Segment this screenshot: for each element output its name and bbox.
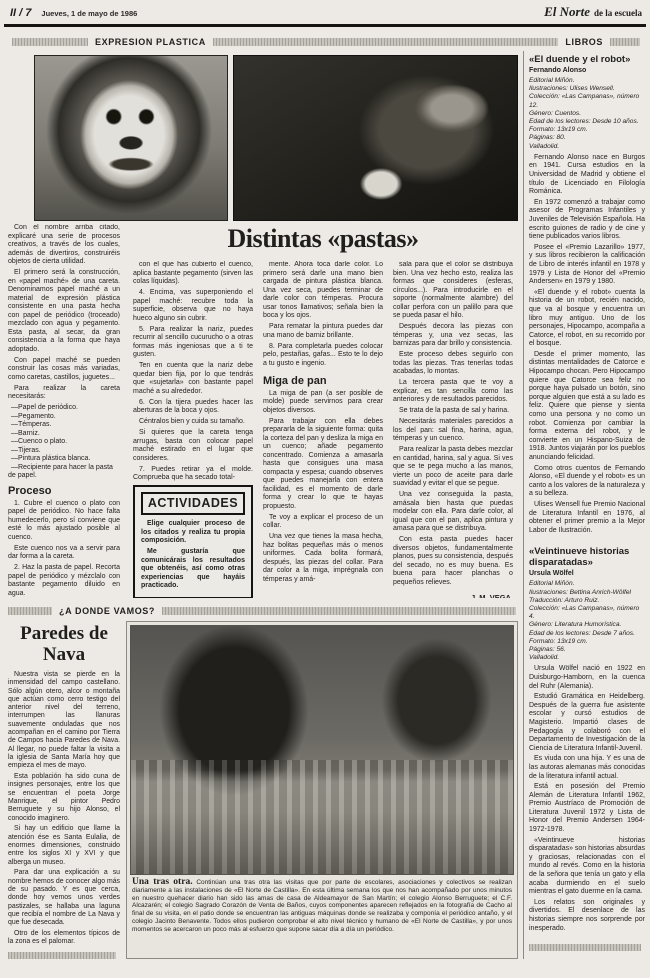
paragraph: Con papel maché se pueden construir las … (8, 357, 120, 383)
detail-line: Traducción: Arturo Ruiz. (529, 597, 645, 605)
material-item: —Pintura plástica blanca. (8, 455, 120, 464)
paragraph: La miga de pan (a ser posible de molde) … (263, 390, 383, 416)
detail-line: Género: Cuentos. (529, 110, 645, 118)
paragraph: Si hay un edificio que llame la atención… (8, 825, 120, 866)
paragraph: Posee el «Premio Lazarillo» 1977, y sus … (529, 244, 645, 287)
article-body-area: Distintas «pastas» con el que has cubier… (128, 224, 518, 598)
halftone-end-bar (529, 944, 641, 951)
paragraph: Para dar una explicación a su nombre hem… (8, 869, 120, 927)
detail-line: Editorial Miñón. (529, 77, 645, 85)
paragraph: 4. Encima, vas superponiendo el papel ma… (133, 289, 253, 323)
article-paredes-de-nava: Paredes de Nava Nuestra vista se pierde … (8, 621, 120, 959)
book-review-veintinueve-historias: «Veintinueve historias disparatadas» Urs… (529, 546, 645, 933)
paragraph: «El duende y el robot» cuenta la histori… (529, 289, 645, 349)
paragraph: Una vez conseguida la pasta, amásala bie… (393, 491, 513, 534)
main-area: Con el nombre arriba citado, explicaré u… (8, 51, 518, 959)
paragraph: Estudió Gramática en Heidelberg. Después… (529, 693, 645, 753)
material-item: —Recipiente para hacer la pasta de papel… (8, 464, 120, 481)
paragraph: En 1972 comenzó a trabajar como asesor d… (529, 199, 645, 242)
article-three-columns: con el que has cubierto el cuenco, aplic… (128, 261, 518, 598)
paragraph: Te voy a explicar el proceso de un colla… (263, 514, 383, 531)
group-photo-box: Una tras otra. Continúan una tras otra l… (126, 621, 518, 959)
paragraph: Ten en cuenta que la nariz debe quedar b… (133, 362, 253, 396)
libros-column: «El duende y el robot» Fernando Alonso E… (523, 51, 645, 959)
section-label-a-donde-vamos: ¿A DONDE VAMOS? (59, 606, 155, 616)
activities-box: ACTIVIDADES Elige cualquier proceso de l… (133, 485, 253, 598)
paragraph: Este cuenco nos va a servir para dar for… (8, 545, 120, 562)
material-item: —Papel de periódico. (8, 404, 120, 413)
paragraph: 6. Con la tijera puedes hacer las abertu… (133, 399, 253, 416)
halftone-end-bar (8, 952, 116, 959)
photo-caption: Una tras otra. Continúan una tras otra l… (130, 875, 514, 935)
paredes-headline: Paredes de Nava (8, 623, 120, 665)
book-review-el-duende: «El duende y el robot» Fernando Alonso E… (529, 54, 645, 535)
activities-title: ACTIVIDADES (141, 492, 245, 515)
material-item: —Témperas. (8, 421, 120, 430)
paragraph: con el que has cubierto el cuenco, aplic… (133, 261, 253, 287)
page-content: Con el nombre arriba citado, explicaré u… (0, 51, 650, 959)
review-title: «Veintinueve historias disparatadas» (529, 546, 645, 568)
section-bar-row: EXPRESION PLASTICA LIBROS (12, 36, 640, 48)
review-title: «El duende y el robot» (529, 54, 645, 65)
article-column-3: mente. Ahora toca darle color. Lo primer… (258, 261, 388, 598)
caption-text: Continúan una tras otra las visitas que … (132, 879, 512, 933)
detail-line: Formato: 13x19 cm. (529, 126, 645, 134)
detail-line: Editorial Miñón. (529, 580, 645, 588)
page-number: II / 7 (10, 7, 31, 19)
paragraph: Los relatos son originales y divertidos.… (529, 899, 645, 933)
review-body: Fernando Alonso nace en Burgos en 1941. … (529, 154, 645, 536)
mask-photo-left (34, 55, 228, 221)
newspaper-page: II / 7 Jueves, 1 de mayo de 1986 El Nort… (0, 0, 650, 978)
paragraph: 7. Puedes retirar ya el molde. Comprueba… (133, 466, 253, 483)
paragraph: 1. Cubre el cuenco o plato con papel de … (8, 500, 120, 543)
paragraph: Ursula Wölfel nació en 1922 en Duisburgo… (529, 665, 645, 691)
halftone-bar (610, 38, 640, 46)
subhead-miga-de-pan: Miga de pan (263, 375, 383, 387)
detail-line: Páginas: 56. (529, 646, 645, 654)
paragraph: 5. Para realizar la nariz, puedes recurr… (133, 326, 253, 360)
paragraph: 2. Haz la pasta de papel. Recorta papel … (8, 564, 120, 598)
halftone-bar (213, 38, 559, 46)
paragraph: Otro de los elementos típicos de la zona… (8, 930, 120, 947)
detail-line: Valladolid. (529, 143, 645, 151)
paragraph: Una vez que tienes la masa hecha, haz bo… (263, 533, 383, 584)
review-author: Fernando Alonso (529, 67, 645, 74)
paragraph: Se trata de la pasta de sal y harina. (393, 407, 513, 416)
paragraph: Desde el primer momento, las distintas m… (529, 351, 645, 463)
paragraph: Es viuda con una hija. Y es una de las a… (529, 755, 645, 781)
paragraph: Si quieres que la careta tenga arrugas, … (133, 429, 253, 463)
detail-line: Edad de los lectores: Desde 7 años. (529, 630, 645, 638)
section-bar-donde-vamos: ¿A DONDE VAMOS? (8, 605, 516, 617)
halftone-bar (162, 607, 516, 615)
paragraph: Después decora las piezas con témperas y… (393, 323, 513, 349)
halftone-bar (8, 607, 52, 615)
paragraph: Para realizar la careta necesitarás: (8, 385, 120, 402)
review-details: Editorial Miñón. Ilustraciones: Ulises W… (529, 77, 645, 151)
material-item: —Barniz. (8, 430, 120, 439)
material-item: —Tijeras. (8, 447, 120, 456)
paragraph: Céntralos bien y cuida su tamaño. (133, 418, 253, 427)
paragraph: Está en posesión del Premio Alemán de Li… (529, 783, 645, 835)
paragraph: Para realizar la pasta debes mezclar en … (393, 446, 513, 489)
masthead-main: El Norte (544, 4, 590, 19)
paragraph: mente. Ahora toca darle color. Lo primer… (263, 261, 383, 321)
article-column-2: con el que has cubierto el cuenco, aplic… (128, 261, 258, 598)
paragraph: Nuestra vista se pierde en la inmensidad… (8, 671, 120, 771)
paragraph: La tercera pasta que te voy a explicar, … (393, 379, 513, 405)
detail-line: Formato: 13x19 cm. (529, 638, 645, 646)
paragraph: Para trabajar con ella debes prepararla … (263, 418, 383, 512)
material-item: —Pegamento. (8, 413, 120, 422)
bottom-section: Paredes de Nava Nuestra vista se pierde … (8, 621, 518, 959)
section-label-libros: LIBROS (565, 37, 603, 47)
mask-photos-row (34, 55, 518, 221)
article-headline: Distintas «pastas» (128, 224, 518, 254)
article-distintas-pastas: Con el nombre arriba citado, explicaré u… (8, 224, 518, 598)
detail-line: Colección: «Las Campanas», número 12. (529, 93, 645, 109)
detail-line: Ilustraciones: Bettina Anrich-Wölfel (529, 589, 645, 597)
detail-line: Edad de los lectores: Desde 10 años. (529, 118, 645, 126)
paragraph: Me gustaría que comunicárais los resulta… (141, 548, 245, 591)
subhead-proceso: Proceso (8, 485, 120, 497)
halftone-bar (12, 38, 88, 46)
paragraph: 8. Para completarla puedes colocar pelo,… (263, 343, 383, 369)
material-item: —Cuenco o plato. (8, 438, 120, 447)
paragraph: Esta población ha sido cuna de insignes … (8, 773, 120, 823)
paragraph: Con esta pasta puedes hacer diversos obj… (393, 536, 513, 587)
detail-line: Valladolid. (529, 654, 645, 662)
review-details: Editorial Miñón. Ilustraciones: Bettina … (529, 580, 645, 662)
paragraph: sala para que el color se distribuya bie… (393, 261, 513, 321)
paragraph: Para rematar la pintura puedes dar una m… (263, 323, 383, 340)
paragraph: Como otros cuentos de Fernando Alonso, «… (529, 465, 645, 499)
paragraph: Este proceso debes seguirlo con todas la… (393, 351, 513, 377)
materials-list: —Papel de periódico. —Pegamento. —Témper… (8, 404, 120, 481)
detail-line: Páginas: 80. (529, 134, 645, 142)
detail-line: Género: Literatura Humorística. (529, 621, 645, 629)
masthead-sub: de la escuela (594, 8, 642, 18)
caption-lead: Una tras otra. (132, 877, 193, 887)
review-author: Ursula Wölfel (529, 570, 645, 577)
article-column-1: Con el nombre arriba citado, explicaré u… (8, 224, 120, 598)
page-header: II / 7 Jueves, 1 de mayo de 1986 El Nort… (0, 0, 650, 21)
paragraph: «Veintinueve historias disparatadas» son… (529, 837, 645, 897)
group-photo (130, 625, 514, 875)
issue-date: Jueves, 1 de mayo de 1986 (41, 9, 137, 18)
mask-photo-right (233, 55, 518, 221)
detail-line: Ilustraciones: Ulises Wensell. (529, 85, 645, 93)
article-column-4: sala para que el color se distribuya bie… (388, 261, 518, 598)
paragraph: Necesitarás materiales parecidos a los d… (393, 418, 513, 444)
paragraph: Con el nombre arriba citado, explicaré u… (8, 224, 120, 267)
masthead: El Norte de la escuela (544, 3, 642, 21)
detail-line: Colección: «Las Campanas», número 4. (529, 605, 645, 621)
header-rule (4, 24, 646, 27)
paragraph: Ulises Wensell fue Premio Nacional de Li… (529, 501, 645, 535)
paragraph: Elige cualquier proceso de los citados y… (141, 520, 245, 546)
section-label-expresion-plastica: EXPRESION PLASTICA (95, 37, 206, 47)
article-byline: J. M. VEGA (393, 593, 513, 599)
paragraph: El primero será la construcción, en «pap… (8, 269, 120, 354)
review-body: Ursula Wölfel nació en 1922 en Duisburgo… (529, 665, 645, 933)
paragraph: Fernando Alonso nace en Burgos en 1941. … (529, 154, 645, 197)
